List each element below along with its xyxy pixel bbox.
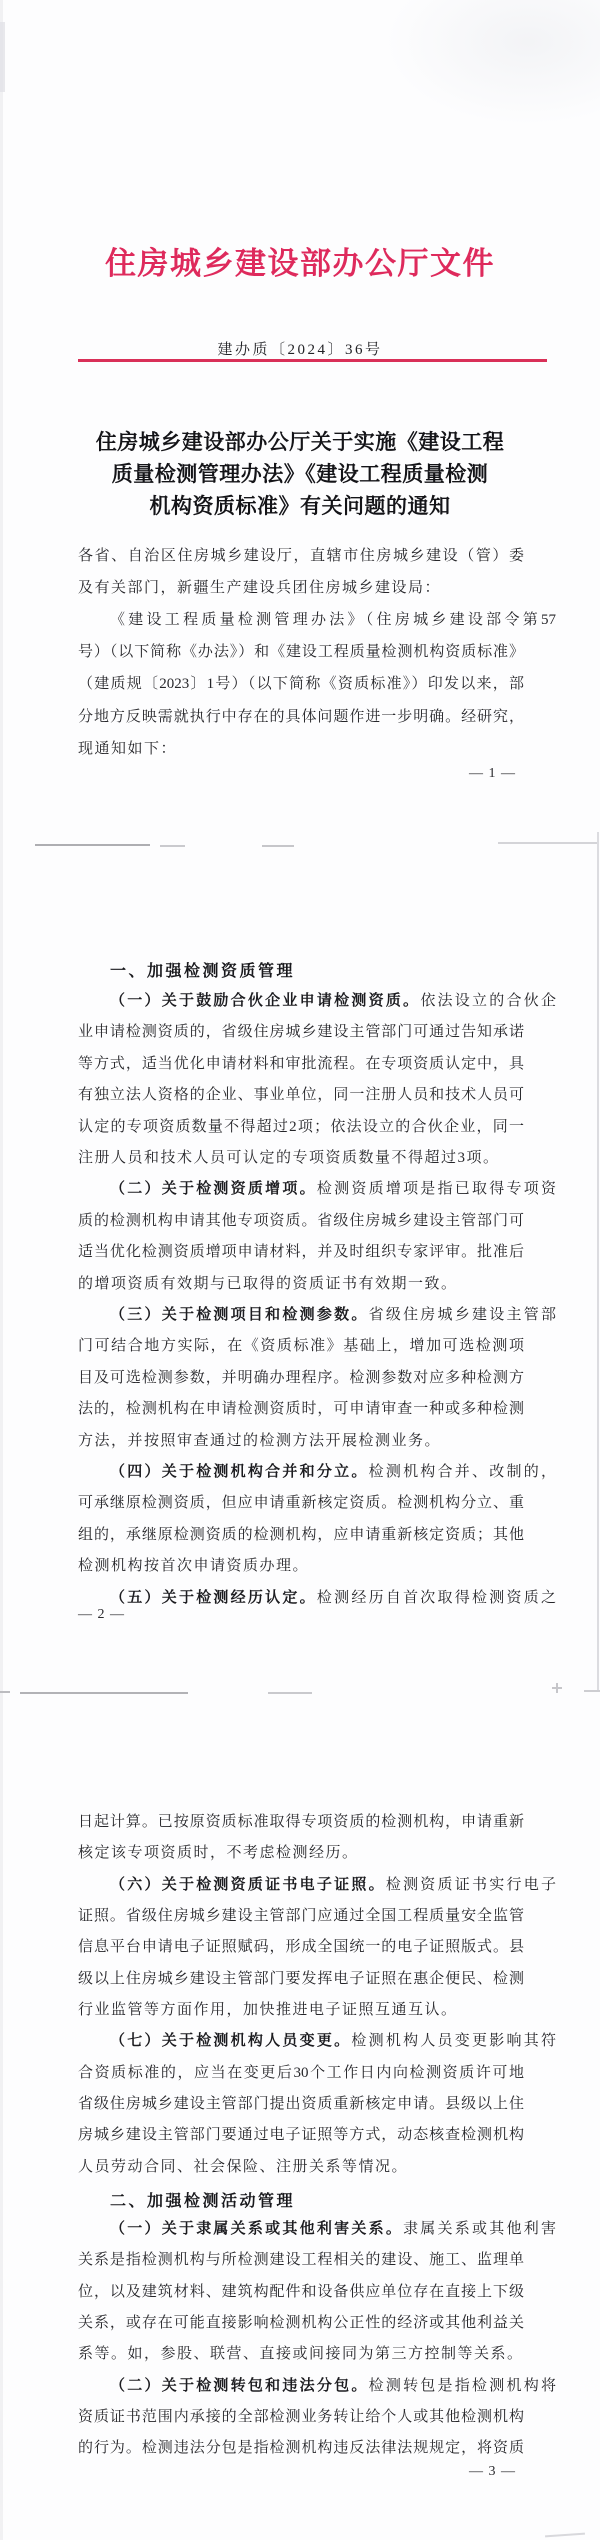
body-line: 省级住房城乡建设主管部门提出资质重新核定申请。县级以上住	[78, 2094, 524, 2115]
line-text: 检测机构人员变更影响其符	[351, 2033, 556, 2049]
page-edge-segment	[160, 845, 185, 847]
body-line: 级以上住房城乡建设主管部门要发挥电子证照在惠企便民、检测	[78, 1969, 524, 1990]
body-line: 组的，承继原检测资质的检测机构，应申请重新核定资质；其他	[78, 1525, 524, 1546]
paragraph-lead: （二）关于检测资质增项。	[110, 1181, 317, 1197]
body-line: 《建设工程质量检测管理办法》（住房城乡建设部令第57	[78, 610, 556, 631]
body-line: （六）关于检测资质证书电子证照。检测资质证书实行电子	[78, 1875, 556, 1896]
body-line: （建质规〔2023〕1号）（以下简称《资质标准》）印发以来，部	[78, 674, 524, 695]
body-line: 关系是指检测机构与所检测建设工程相关的建设、施工、监理单	[78, 2250, 524, 2271]
body-line: 合资质标准的，应当在变更后30个工作日内向检测资质许可地	[78, 2063, 524, 2084]
body-line: 现通知如下：	[78, 739, 524, 760]
body-line: （四）关于检测机构合并和分立。检测机构合并、改制的，	[78, 1462, 556, 1483]
body-line: 认定的专项资质数量不得超过2项；依法设立的合伙企业，同一	[78, 1117, 524, 1138]
body-line: 门可结合地方实际，在《资质标准》基础上，增加可选检测项	[78, 1336, 524, 1357]
scan-edge-left	[0, 0, 3, 2540]
body-line: 可承继原检测资质，但应申请重新核定资质。检测机构分立、重	[78, 1493, 524, 1514]
page-edge-segment	[262, 845, 294, 847]
body-line: 法的，检测机构在申请检测资质时，可申请审查一种或多种检测	[78, 1399, 524, 1420]
page-number: — 1 —	[469, 766, 516, 782]
section-heading: 一、加强检测资质管理	[110, 958, 295, 981]
line-text: 检测机构合并、改制的，	[369, 1464, 556, 1480]
body-line: 位，以及建筑材料、建筑构配件和设备供应单位存在直接上下级	[78, 2282, 524, 2303]
body-line: 信息平台申请电子证照赋码，形成全国统一的电子证照版式。县	[78, 1937, 524, 1958]
line-text: 检测资质证书实行电子	[386, 1877, 556, 1893]
body-line: 资质证书范围内承接的全部检测业务转让给个人或其他检测机构	[78, 2407, 524, 2428]
body-line: 注册人员和技术人员可认定的专项资质数量不得超过3项。	[78, 1148, 524, 1169]
page-edge-segment	[498, 842, 598, 844]
body-line: 证照。省级住房城乡建设主管部门应通过全国工程质量安全监管	[78, 1906, 524, 1927]
body-line: （二）关于检测转包和违法分包。检测转包是指检测机构将	[78, 2376, 556, 2397]
paragraph-lead: （二）关于检测转包和违法分包。	[110, 2378, 369, 2394]
body-line: （三）关于检测项目和检测参数。省级住房城乡建设主管部	[78, 1305, 556, 1326]
body-line: 目及可选检测参数，并明确办理程序。检测参数对应多种检测方	[78, 1368, 524, 1389]
body-line: （七）关于检测机构人员变更。检测机构人员变更影响其符	[78, 2031, 556, 2052]
body-line: 等方式，适当优化申请材料和审批流程。在专项资质认定中，具	[78, 1054, 524, 1075]
document-number: 建办质〔2024〕36号	[0, 338, 600, 359]
paragraph-lead: （六）关于检测资质证书电子证照。	[110, 1877, 386, 1893]
page-number: — 2 —	[78, 1607, 125, 1623]
body-line: 核定该专项资质时，不考虑检测经历。	[78, 1843, 524, 1864]
document-title-line: 质量检测管理办法》《建设工程质量检测	[0, 458, 600, 488]
paragraph-lead: （四）关于检测机构合并和分立。	[110, 1464, 369, 1480]
body-line: （二）关于检测资质增项。检测资质增项是指已取得专项资	[78, 1179, 556, 1200]
page-edge-segment	[556, 1683, 558, 1693]
body-line: 系等。如，参股、联营、直接或间接同为第三方控制等关系。	[78, 2344, 524, 2365]
paragraph-lead: （七）关于检测机构人员变更。	[110, 2033, 351, 2049]
body-line: 关系，或存在可能直接影响检测机构公正性的经济或其他利益关	[78, 2313, 524, 2334]
page-edge-segment	[35, 844, 150, 846]
line-text: 检测转包是指检测机构将	[369, 2378, 556, 2394]
body-line: （五）关于检测经历认定。检测经历自首次取得检测资质之	[78, 1588, 556, 1609]
line-text: 检测资质增项是指已取得专项资	[317, 1181, 556, 1197]
body-line: （一）关于隶属关系或其他利害关系。隶属关系或其他利害	[78, 2219, 556, 2240]
page-edge-segment	[20, 1692, 188, 1694]
line-text: 隶属关系或其他利害	[403, 2221, 556, 2237]
paragraph-lead: （一）关于鼓励合伙企业申请检测资质。	[110, 993, 420, 1009]
document-title-line: 机构资质标准》有关问题的通知	[0, 490, 600, 520]
page-number: — 3 —	[469, 2464, 516, 2480]
section-heading: 二、加强检测活动管理	[110, 2188, 295, 2211]
body-line: 行业监管等方面作用，加快推进电子证照互通互认。	[78, 2000, 524, 2021]
page-edge-segment	[268, 1692, 312, 1694]
body-line: 人员劳动合同、社会保险、注册关系等情况。	[78, 2157, 524, 2178]
body-line: 适当优化检测资质增项申请材料，并及时组织专家评审。批准后	[78, 1242, 524, 1263]
body-line: 方法，并按照审查通过的检测方法开展检测业务。	[78, 1431, 524, 1452]
agency-banner: 住房城乡建设部办公厅文件	[0, 238, 600, 283]
body-line: 的行为。检测违法分包是指检测机构违反法律法规规定，将资质	[78, 2438, 524, 2459]
document-title-line: 住房城乡建设部办公厅关于实施《建设工程	[0, 426, 600, 456]
scan-edge-right	[597, 832, 599, 1692]
body-line: 日起计算。已按原资质标准取得专项资质的检测机构，申请重新	[78, 1812, 524, 1833]
body-line: （一）关于鼓励合伙企业申请检测资质。依法设立的合伙企	[78, 991, 556, 1012]
red-rule	[78, 359, 547, 362]
body-line: 的增项资质有效期与已取得的资质证书有效期一致。	[78, 1274, 524, 1295]
paragraph-lead: （一）关于隶属关系或其他利害关系。	[110, 2221, 403, 2237]
scanned-page-3: 日起计算。已按原资质标准取得专项资质的检测机构，申请重新 核定该专项资质时，不考…	[0, 1692, 600, 2540]
line-text: 省级住房城乡建设主管部	[369, 1307, 556, 1323]
body-line: 有独立法人资格的企业、事业单位，同一注册人员和技术人员可	[78, 1085, 524, 1106]
body-line: 业申请检测资质的，省级住房城乡建设主管部门可通过告知承诺	[78, 1022, 524, 1043]
line-text: 检测经历自首次取得检测资质之	[317, 1590, 556, 1606]
body-line: 质的检测机构申请其他专项资质。省级住房城乡建设主管部门可	[78, 1211, 524, 1232]
line-text: 依法设立的合伙企	[420, 993, 556, 1009]
paragraph-lead: （三）关于检测项目和检测参数。	[110, 1307, 369, 1323]
paragraph-lead: （五）关于检测经历认定。	[110, 1590, 317, 1606]
body-line: 及有关部门，新疆生产建设兵团住房城乡建设局：	[78, 578, 524, 599]
body-line: 各省、自治区住房城乡建设厅，直辖市住房城乡建设（管）委	[78, 546, 524, 567]
page-edge-segment	[0, 1691, 10, 1693]
body-line: 检测机构按首次申请资质办理。	[78, 1556, 524, 1577]
body-line: 分地方反映需就执行中存在的具体问题作进一步明确。经研究，	[78, 707, 524, 728]
body-line: 房城乡建设主管部门要通过电子证照等方式，动态核查检测机构	[78, 2125, 524, 2146]
body-line: 号）（以下简称《办法》）和《建设工程质量检测机构资质标准》	[78, 642, 524, 663]
page-edge-segment	[584, 1690, 600, 1692]
scanned-page-2: 一、加强检测资质管理 （一）关于鼓励合伙企业申请检测资质。依法设立的合伙企 业申…	[0, 845, 600, 1692]
scan-crease	[360, 0, 600, 140]
scan-mark	[0, 22, 5, 92]
